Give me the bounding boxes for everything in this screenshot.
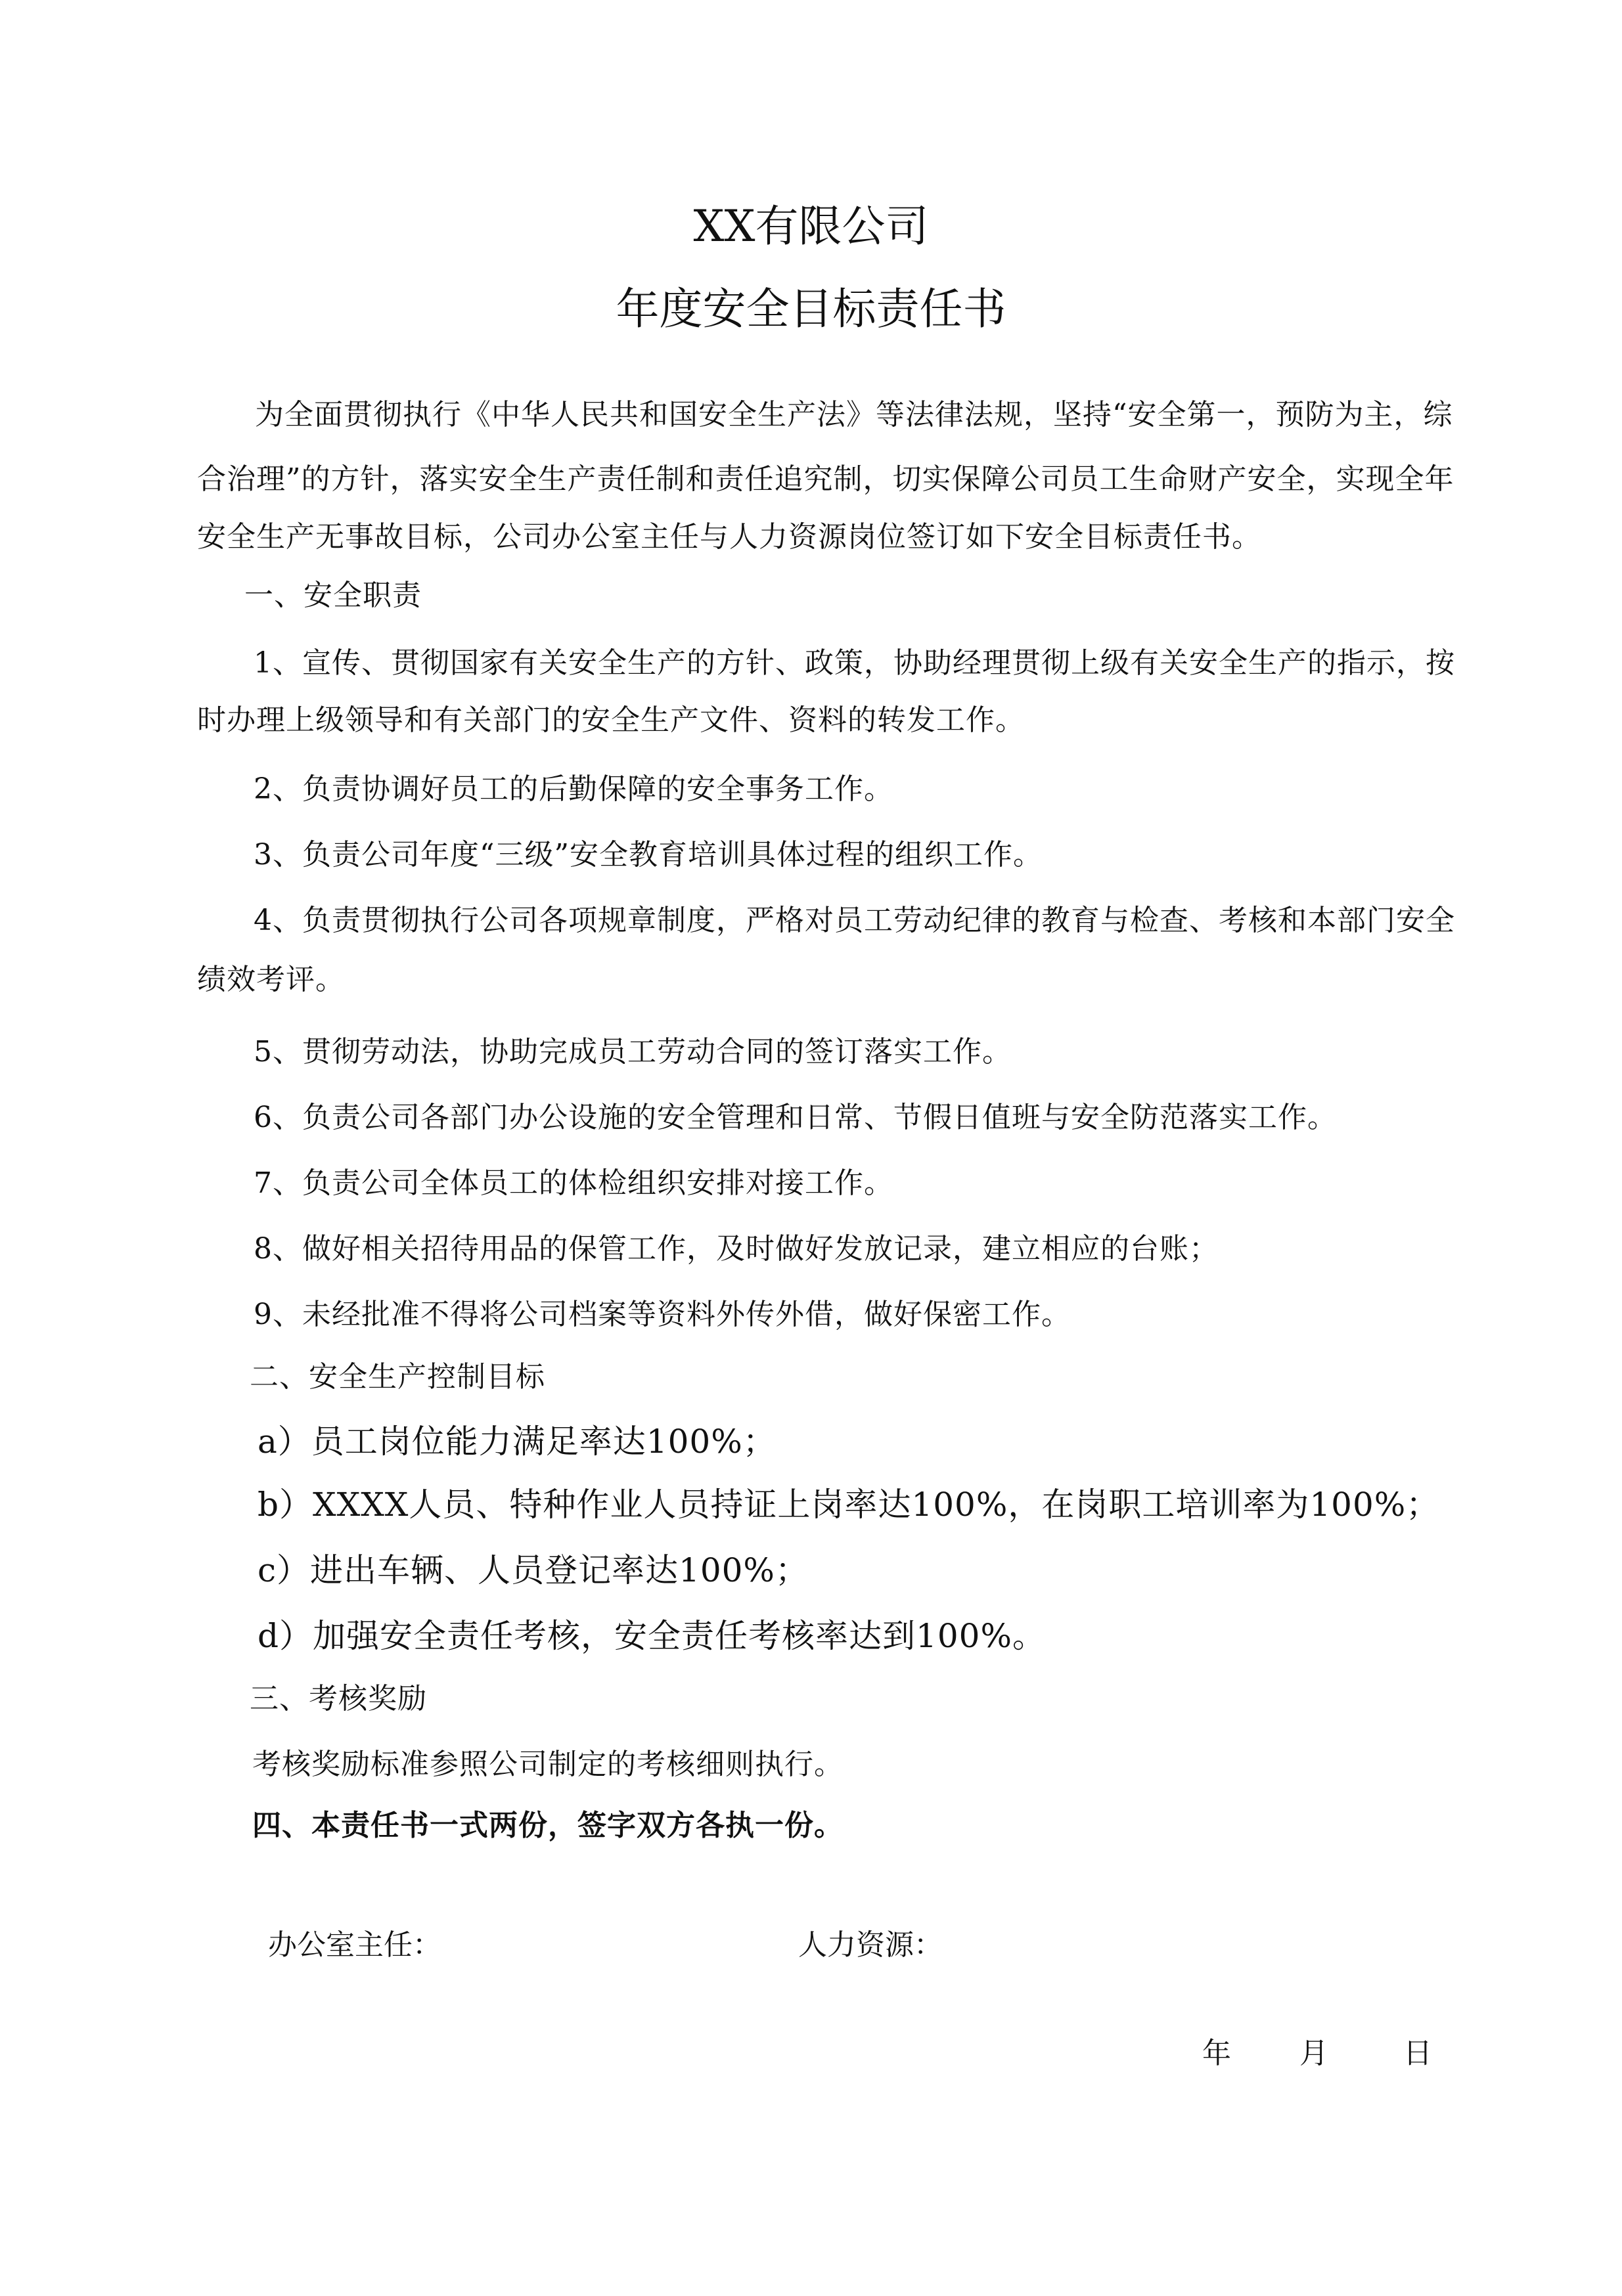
date-month-label: 月 — [1299, 2039, 1328, 2068]
duty-item: 7、负责公司全体员工的体检组织安排对接工作。 — [254, 1169, 893, 1198]
company-title: XX有限公司 — [0, 205, 1622, 248]
intro-line: 安全生产无事故目标，公司办公室主任与人力资源岗位签订如下安全目标责任书。 — [197, 523, 1261, 552]
duty-item: 4、负责贯彻执行公司各项规章制度，严格对员工劳动纪律的教育与检查、考核和本部门安… — [254, 906, 1455, 935]
goal-item: d）加强安全责任考核，安全责任考核率达到100%。 — [258, 1620, 1046, 1652]
intro-line: 合治理”的方针，落实安全生产责任制和责任追究制，切实保障公司员工生命财产安全，实… — [197, 465, 1454, 494]
intro-line: 为全面贯彻执行《中华人民共和国安全生产法》等法律法规，坚持“安全第一，预防为主，… — [255, 401, 1453, 430]
duty-item-continued: 绩效考评。 — [197, 965, 345, 994]
section-heading: 一、安全职责 — [244, 581, 422, 610]
duty-item: 2、负责协调好员工的后勤保障的安全事务工作。 — [254, 775, 893, 804]
office-director-signature-label: 办公室主任： — [268, 1931, 441, 1960]
section-heading: 二、安全生产控制目标 — [250, 1363, 545, 1392]
duty-item: 5、贯彻劳动法，协助完成员工劳动合同的签订落实工作。 — [254, 1038, 1012, 1067]
section-copies-note: 四、本责任书一式两份，签字双方各执一份。 — [252, 1811, 844, 1840]
goal-item: b）XXXX人员、特种作业人员持证上岗率达100%，在岗职工培训率为100%； — [258, 1488, 1439, 1521]
duty-item-continued: 时办理上级领导和有关部门的安全生产文件、资料的转发工作。 — [197, 706, 1025, 735]
duty-item: 9、未经批准不得将公司档案等资料外传外借，做好保密工作。 — [254, 1300, 1071, 1329]
section-heading: 三、考核奖励 — [250, 1685, 427, 1713]
goal-item: c）进出车辆、人员登记率达100%； — [258, 1554, 809, 1587]
duty-item: 3、负责公司年度“三级”安全教育培训具体过程的组织工作。 — [254, 841, 1043, 870]
document-title: 年度安全目标责任书 — [0, 288, 1622, 331]
duty-item: 6、负责公司各部门办公设施的安全管理和日常、节假日值班与安全防范落实工作。 — [254, 1103, 1337, 1132]
date-day-label: 日 — [1403, 2039, 1432, 2068]
section-text: 考核奖励标准参照公司制定的考核细则执行。 — [252, 1750, 844, 1779]
duty-item: 1、宣传、贯彻国家有关安全生产的方针、政策，协助经理贯彻上级有关安全生产的指示，… — [254, 649, 1455, 678]
date-year-label: 年 — [1202, 2039, 1231, 2068]
duty-item: 8、做好相关招待用品的保管工作，及时做好发放记录，建立相应的台账； — [254, 1235, 1219, 1264]
goal-item: a）员工岗位能力满足率达100%； — [258, 1425, 777, 1458]
hr-signature-label: 人力资源： — [798, 1931, 943, 1960]
